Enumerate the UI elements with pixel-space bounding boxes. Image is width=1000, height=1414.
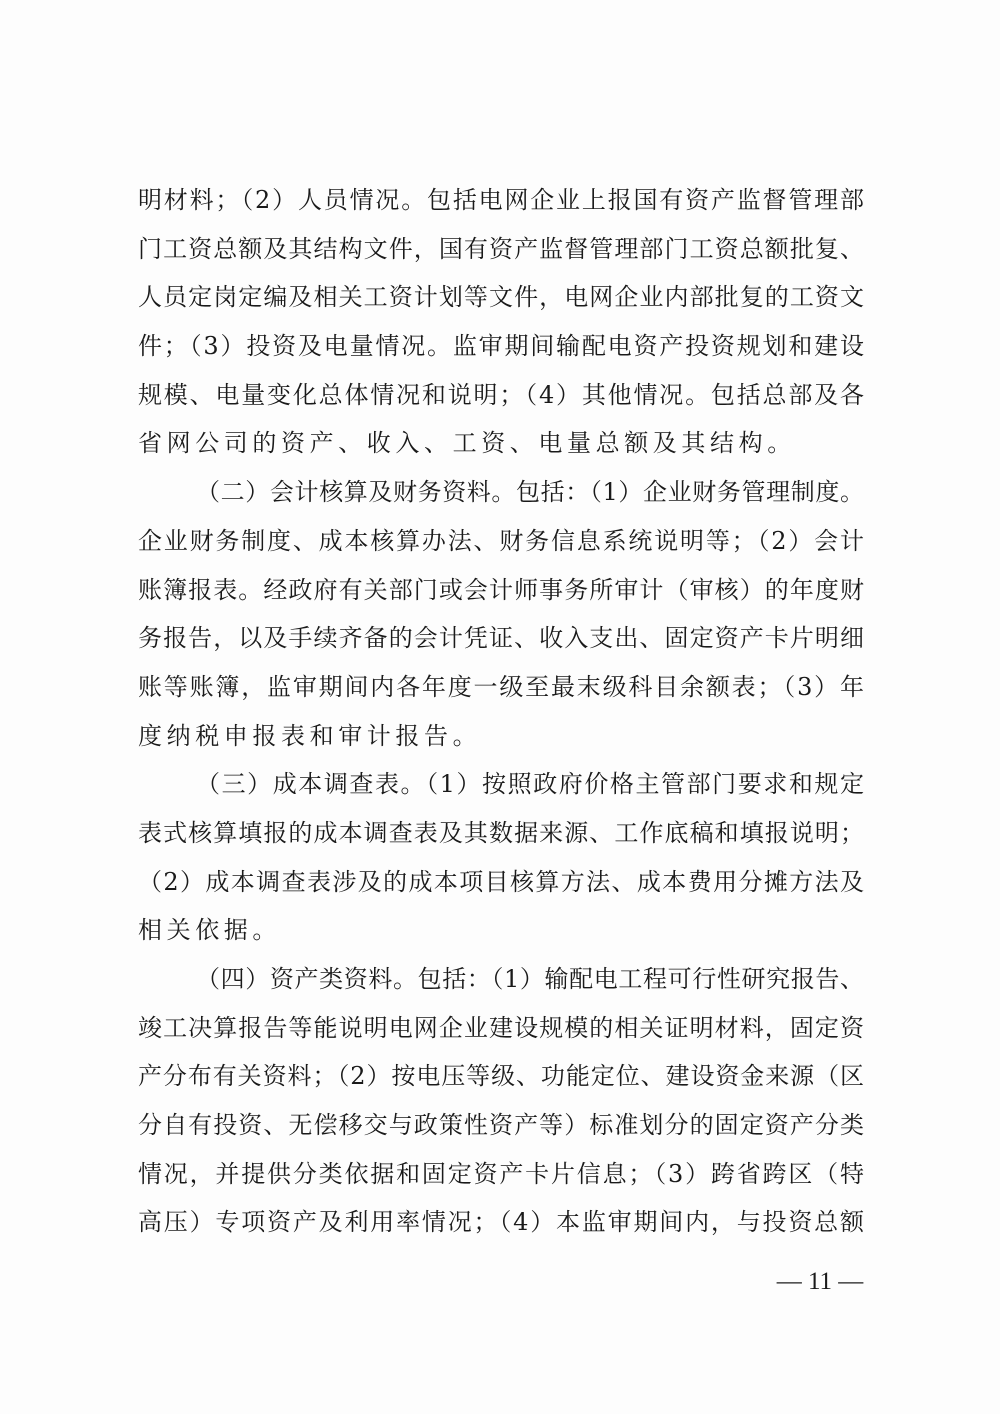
body-text: 明材料；（2）人员情况。包括电网企业上报国有资产监督管理部 门工资总额及其结构文… xyxy=(138,176,864,1247)
text-line: 人员定岗定编及相关工资计划等文件，电网企业内部批复的工资文 xyxy=(138,273,864,322)
section-heading-line: （二）会计核算及财务资料。包括：（1）企业财务管理制度。 xyxy=(138,468,864,517)
text-line: 门工资总额及其结构文件，国有资产监督管理部门工资总额批复、 xyxy=(138,225,864,274)
text-line: 务报告，以及手续齐备的会计凭证、收入支出、固定资产卡片明细 xyxy=(138,614,864,663)
text-line: 账等账簿，监审期间内各年度一级至最末级科目余额表；（3）年 xyxy=(138,663,864,712)
text-line: 产分布有关资料；（2）按电压等级、功能定位、建设资金来源（区 xyxy=(138,1052,864,1101)
text-line: 情况，并提供分类依据和固定资产卡片信息；（3）跨省跨区（特 xyxy=(138,1150,864,1199)
text-line: （2）成本调查表涉及的成本项目核算方法、成本费用分摊方法及 xyxy=(138,858,864,907)
text-line: 相关依据。 xyxy=(138,906,864,955)
page-number: — 11 — xyxy=(770,1268,870,1296)
document-page: 明材料；（2）人员情况。包括电网企业上报国有资产监督管理部 门工资总额及其结构文… xyxy=(0,0,1000,1414)
text-line: 规模、电量变化总体情况和说明；（4）其他情况。包括总部及各 xyxy=(138,371,864,420)
text-line: 分自有投资、无偿移交与政策性资产等）标准划分的固定资产分类 xyxy=(138,1101,864,1150)
text-line: 省网公司的资产、收入、工资、电量总额及其结构。 xyxy=(138,419,864,468)
section-heading-line: （三）成本调查表。（1）按照政府价格主管部门要求和规定 xyxy=(138,760,864,809)
text-line: 竣工决算报告等能说明电网企业建设规模的相关证明材料，固定资 xyxy=(138,1004,864,1053)
text-line: 明材料；（2）人员情况。包括电网企业上报国有资产监督管理部 xyxy=(138,176,864,225)
text-line: 企业财务制度、成本核算办法、财务信息系统说明等；（2）会计 xyxy=(138,517,864,566)
text-line: 表式核算填报的成本调查表及其数据来源、工作底稿和填报说明； xyxy=(138,809,864,858)
text-line: 账簿报表。经政府有关部门或会计师事务所审计（审核）的年度财 xyxy=(138,566,864,615)
text-line: 度纳税申报表和审计报告。 xyxy=(138,712,864,761)
section-heading-line: （四）资产类资料。包括：（1）输配电工程可行性研究报告、 xyxy=(138,955,864,1004)
text-line: 高压）专项资产及利用率情况；（4）本监审期间内，与投资总额 xyxy=(138,1198,864,1247)
text-line: 件；（3）投资及电量情况。监审期间输配电资产投资规划和建设 xyxy=(138,322,864,371)
